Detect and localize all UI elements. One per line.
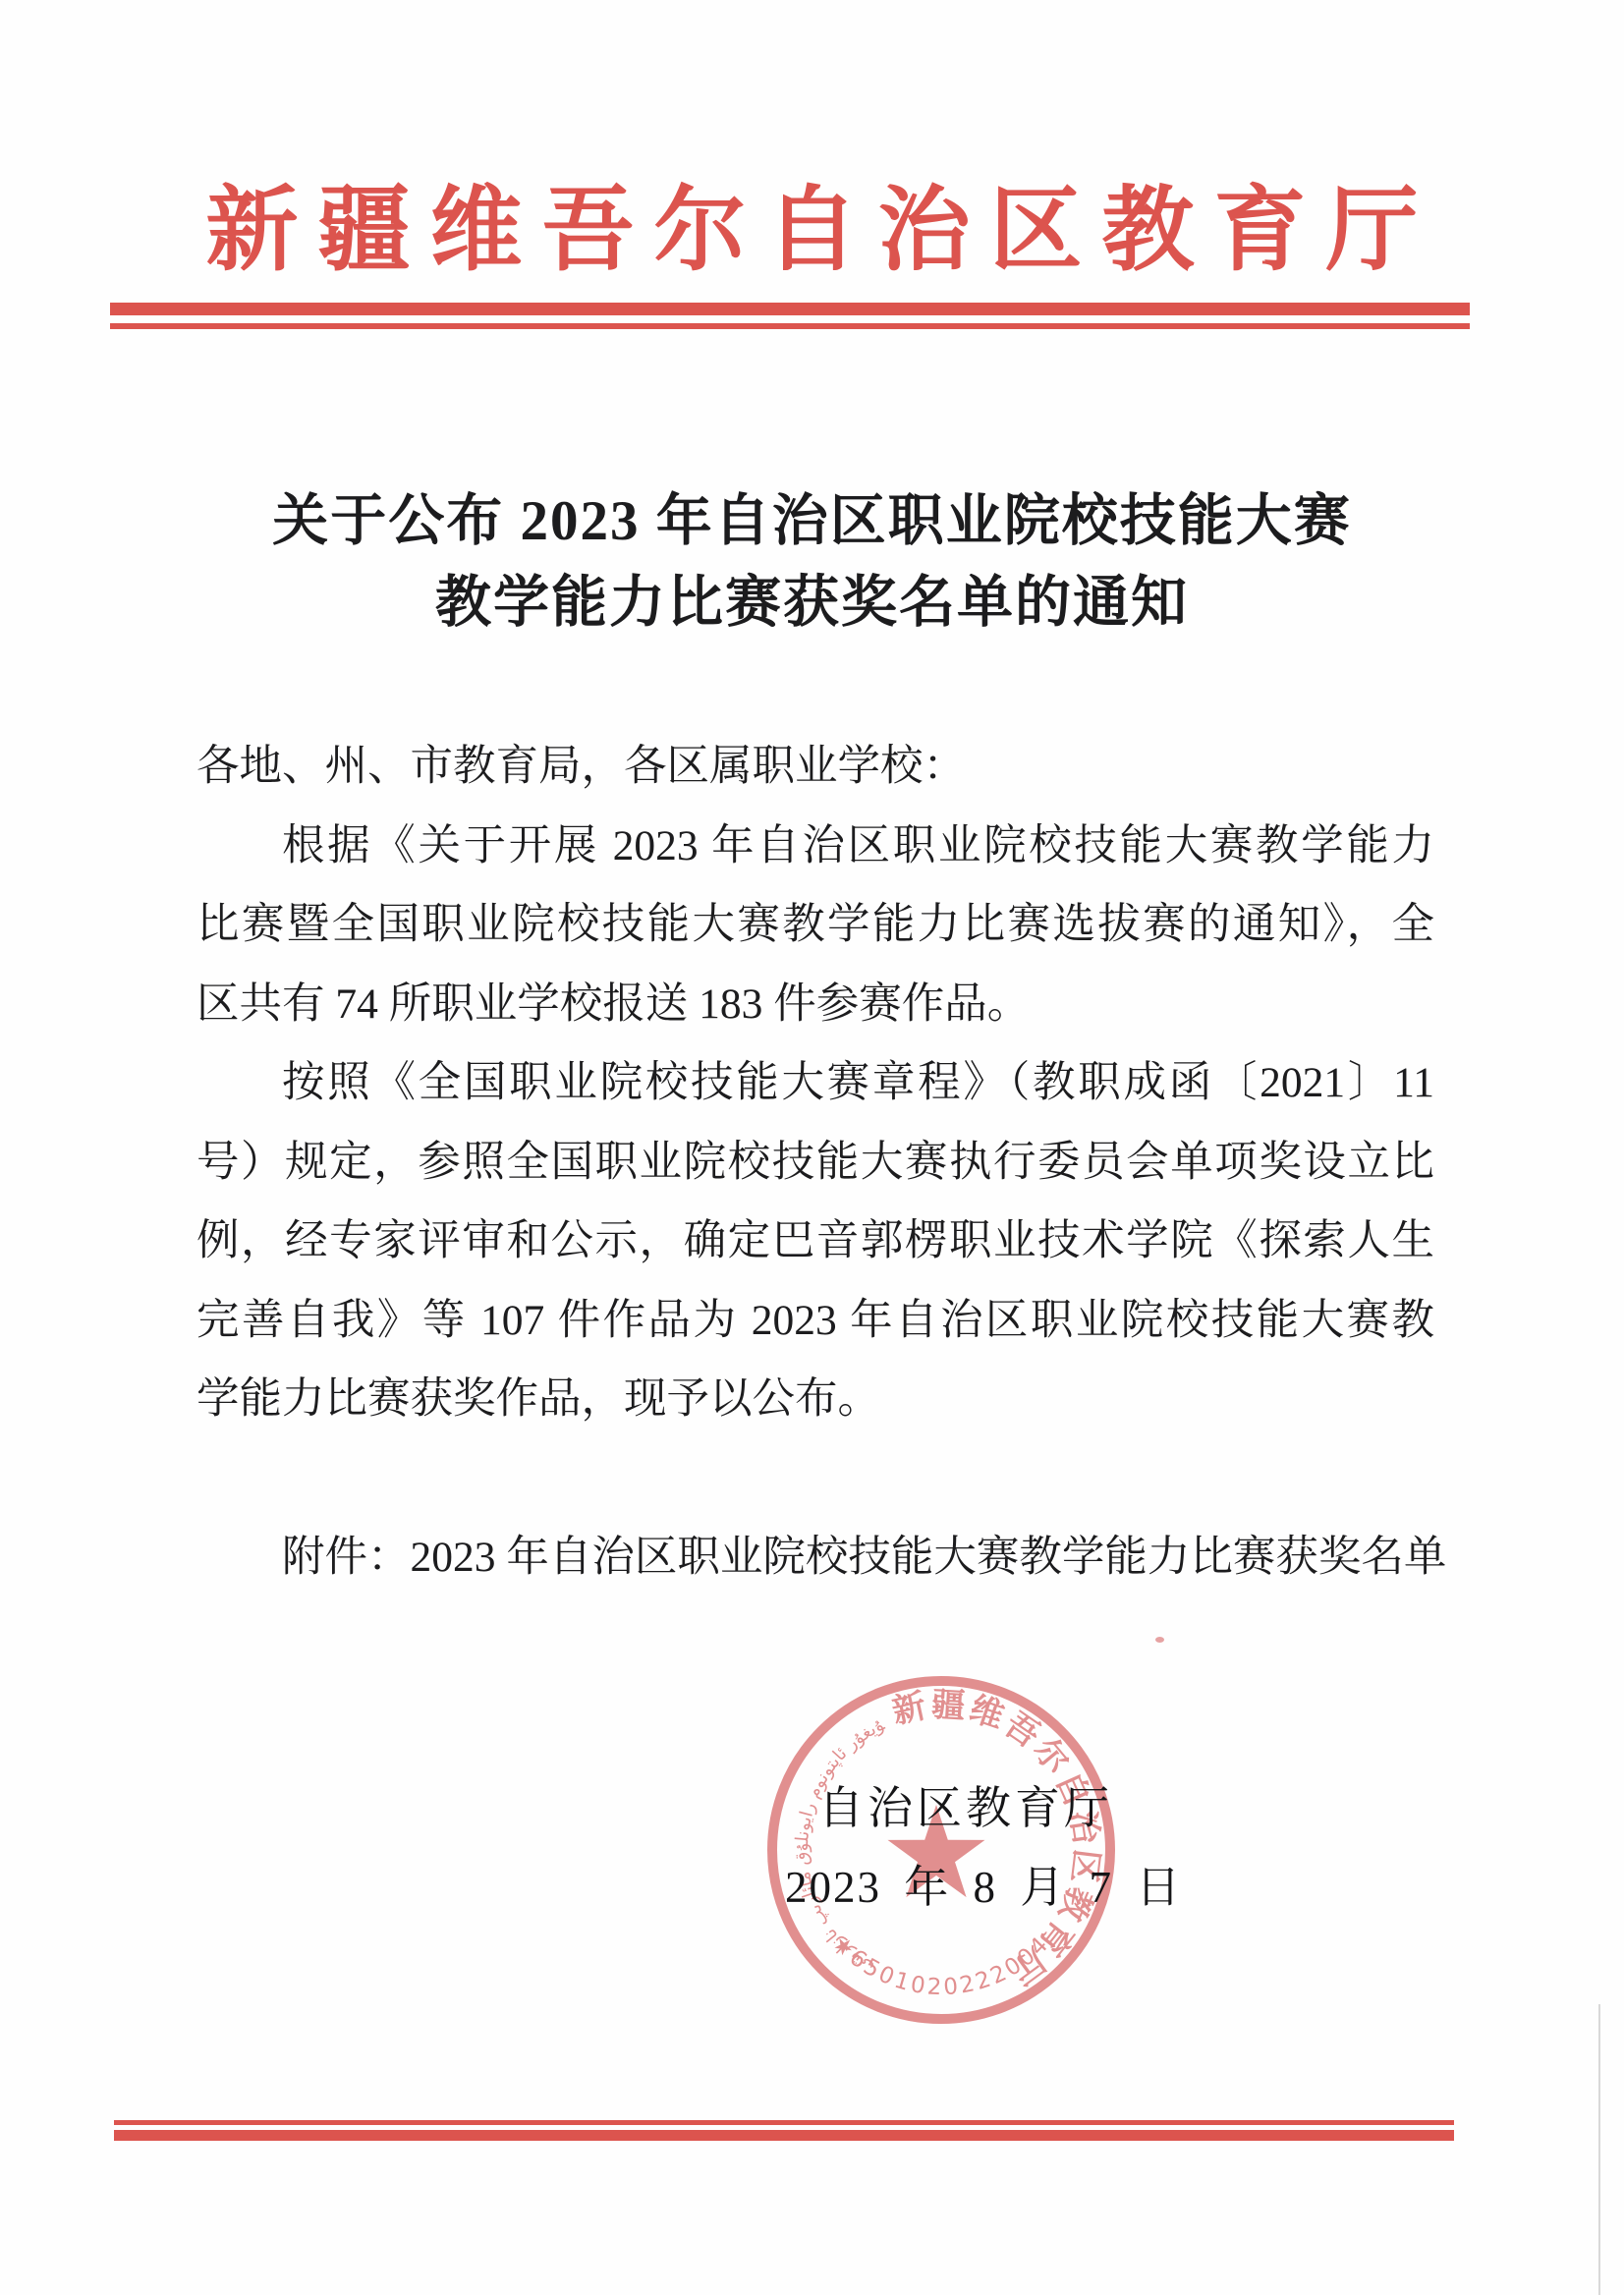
footer-rule-thick — [114, 2130, 1454, 2141]
footer-rule-thin — [114, 2120, 1454, 2125]
official-seal: 新疆维吾尔自治区教育厅 شىنجاڭ ئۇيغۇر ئاپتونوم رايون… — [762, 1671, 1120, 2029]
body-text: 各地、州、市教育局，各区属职业学校：根据《关于开展 2023 年自治区职业院校技… — [196, 727, 1434, 1439]
body-line: 完善自我》等 107 件作品为 2023 年自治区职业院校技能大赛教 — [196, 1281, 1434, 1361]
red-ink-speck — [1155, 1637, 1164, 1643]
document-title: 关于公布 2023 年自治区职业院校技能大赛 教学能力比赛获奖名单的通知 — [0, 480, 1624, 644]
body-line: 比赛暨全国职业院校技能大赛教学能力比赛选拔赛的通知》，全 — [196, 885, 1434, 965]
agency-masthead: 新疆维吾尔自治区教育厅 — [0, 155, 1624, 288]
signature-date: 2023 年 8 月 7 日 — [785, 1851, 1182, 1915]
body-line: 号）规定，参照全国职业院校技能大赛执行委员会单项奖设立比 — [196, 1123, 1434, 1203]
svg-text:★6501020222004: ★6501020222004 — [827, 1931, 1055, 2000]
masthead-rule-thin — [110, 323, 1470, 329]
seal-code: ★6501020222004 — [827, 1931, 1055, 2000]
body-line: 根据《关于开展 2023 年自治区职业院校技能大赛教学能力 — [196, 807, 1434, 886]
body-line: 例，经专家评审和公示，确定巴音郭楞职业技术学院《探索人生 — [196, 1202, 1434, 1281]
masthead-rule-thick — [110, 303, 1470, 315]
signature-issuer: 自治区教育厅 — [818, 1772, 1113, 1837]
document-title-line2: 教学能力比赛获奖名单的通知 — [0, 562, 1624, 644]
body-line: 按照《全国职业院校技能大赛章程》（教职成函〔2021〕11 — [196, 1043, 1434, 1123]
svg-text:新疆维吾尔自治区教育厅: 新疆维吾尔自治区教育厅 — [889, 1686, 1105, 1992]
attachment-line: 附件：2023 年自治区职业院校技能大赛教学能力比赛获奖名单 — [196, 1518, 1572, 1596]
body-line: 各地、州、市教育局，各区属职业学校： — [196, 727, 1434, 807]
scan-edge-line — [1598, 2004, 1600, 2295]
seal-ring-text-cn: 新疆维吾尔自治区教育厅 — [889, 1686, 1105, 1992]
scanned-document-page: 新疆维吾尔自治区教育厅 关于公布 2023 年自治区职业院校技能大赛 教学能力比… — [0, 0, 1624, 2295]
body-line: 区共有 74 所职业学校报送 183 件参赛作品。 — [196, 965, 1434, 1044]
document-title-line1: 关于公布 2023 年自治区职业院校技能大赛 — [0, 480, 1624, 562]
body-line: 学能力比赛获奖作品，现予以公布。 — [196, 1360, 1434, 1439]
